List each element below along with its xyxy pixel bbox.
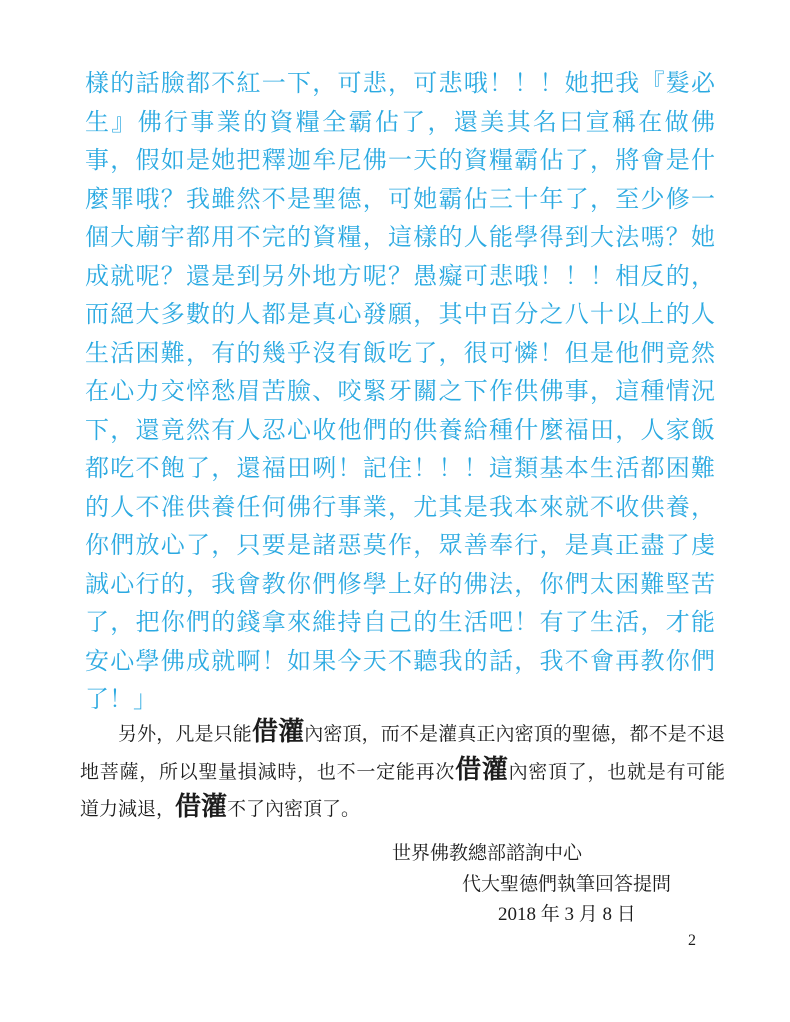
note-text: 不了內密頂了。 bbox=[227, 799, 360, 820]
speech-line: 麼罪哦？我雖然不是聖德，可她霸佔三十年了，至少修一 bbox=[85, 181, 715, 220]
note-line: 道力減退，借灌不了內密頂了。 bbox=[80, 788, 725, 826]
speech-line: 你們放心了，只要是諸惡莫作，眾善奉行，是真正盡了虔 bbox=[85, 527, 715, 566]
speech-line: 的人不准供養任何佛行事業，尤其是我本來就不收供養， bbox=[85, 489, 715, 528]
speech-line: 安心學佛成就啊！如果今天不聽我的話，我不會再教你們 bbox=[85, 643, 715, 682]
page-number: 2 bbox=[688, 932, 696, 950]
speech-line: 樣的話臉都不紅一下，可悲，可悲哦！！！她把我『髮必 bbox=[85, 65, 715, 104]
note-text: 道力減退， bbox=[80, 799, 175, 820]
speech-line: 個大廟宇都用不完的資糧，這樣的人能學得到大法嗎？她 bbox=[85, 219, 715, 258]
note-text: 內密頂，而不是灌真正內密頂的聖德，都不是不退 bbox=[304, 724, 725, 745]
speech-line: 事，假如是她把釋迦牟尼佛一天的資糧霸佔了，將會是什 bbox=[85, 142, 715, 181]
speech-line: 生』佛行事業的資糧全霸佔了，還美其名曰宣稱在做佛 bbox=[85, 104, 715, 143]
speech-line: 了，把你們的錢拿來維持自己的生活吧！有了生活，才能 bbox=[85, 604, 715, 643]
signature-org: 世界佛教總部諮詢中心 bbox=[392, 838, 582, 865]
note-text: 地菩薩，所以聖量損減時，也不一定能再次 bbox=[80, 762, 455, 783]
signature-byline: 代大聖德們執筆回答提問 bbox=[462, 869, 671, 896]
speech-line: 誠心行的，我會教你們修學上好的佛法，你們太困難堅苦 bbox=[85, 566, 715, 605]
quoted-speech-paragraph: 樣的話臉都不紅一下，可悲，可悲哦！！！她把我『髮必 生』佛行事業的資糧全霸佔了，… bbox=[85, 65, 715, 720]
speech-line: 在心力交悴愁眉苦臉、咬緊牙關之下作供佛事，這種情況 bbox=[85, 373, 715, 412]
jieguan-term: 借灌 bbox=[455, 755, 508, 784]
speech-line: 而絕大多數的人都是真心發願，其中百分之八十以上的人 bbox=[85, 296, 715, 335]
closing-note-paragraph: 另外，凡是只能借灌內密頂，而不是灌真正內密頂的聖德，都不是不退 地菩薩，所以聖量… bbox=[80, 713, 725, 826]
document-page: 樣的話臉都不紅一下，可悲，可悲哦！！！她把我『髮必 生』佛行事業的資糧全霸佔了，… bbox=[0, 0, 790, 1022]
note-line: 另外，凡是只能借灌內密頂，而不是灌真正內密頂的聖德，都不是不退 bbox=[80, 713, 725, 751]
speech-line: 生活困難，有的幾乎沒有飯吃了，很可憐！但是他們竟然 bbox=[85, 335, 715, 374]
jieguan-term: 借灌 bbox=[175, 792, 227, 821]
note-text: 內密頂了，也就是有可能 bbox=[509, 762, 725, 783]
note-text: 另外，凡是只能 bbox=[118, 724, 252, 745]
jieguan-term: 借灌 bbox=[252, 717, 304, 746]
speech-line: 下，還竟然有人忍心收他們的供養給種什麼福田，人家飯 bbox=[85, 412, 715, 451]
speech-line: 都吃不飽了，還福田咧！記住！！！這類基本生活都困難 bbox=[85, 450, 715, 489]
signature-date: 2018 年 3 月 8 日 bbox=[498, 899, 636, 926]
note-line: 地菩薩，所以聖量損減時，也不一定能再次借灌內密頂了，也就是有可能 bbox=[80, 751, 725, 789]
speech-line: 成就呢？還是到另外地方呢？愚癡可悲哦！！！相反的， bbox=[85, 258, 715, 297]
